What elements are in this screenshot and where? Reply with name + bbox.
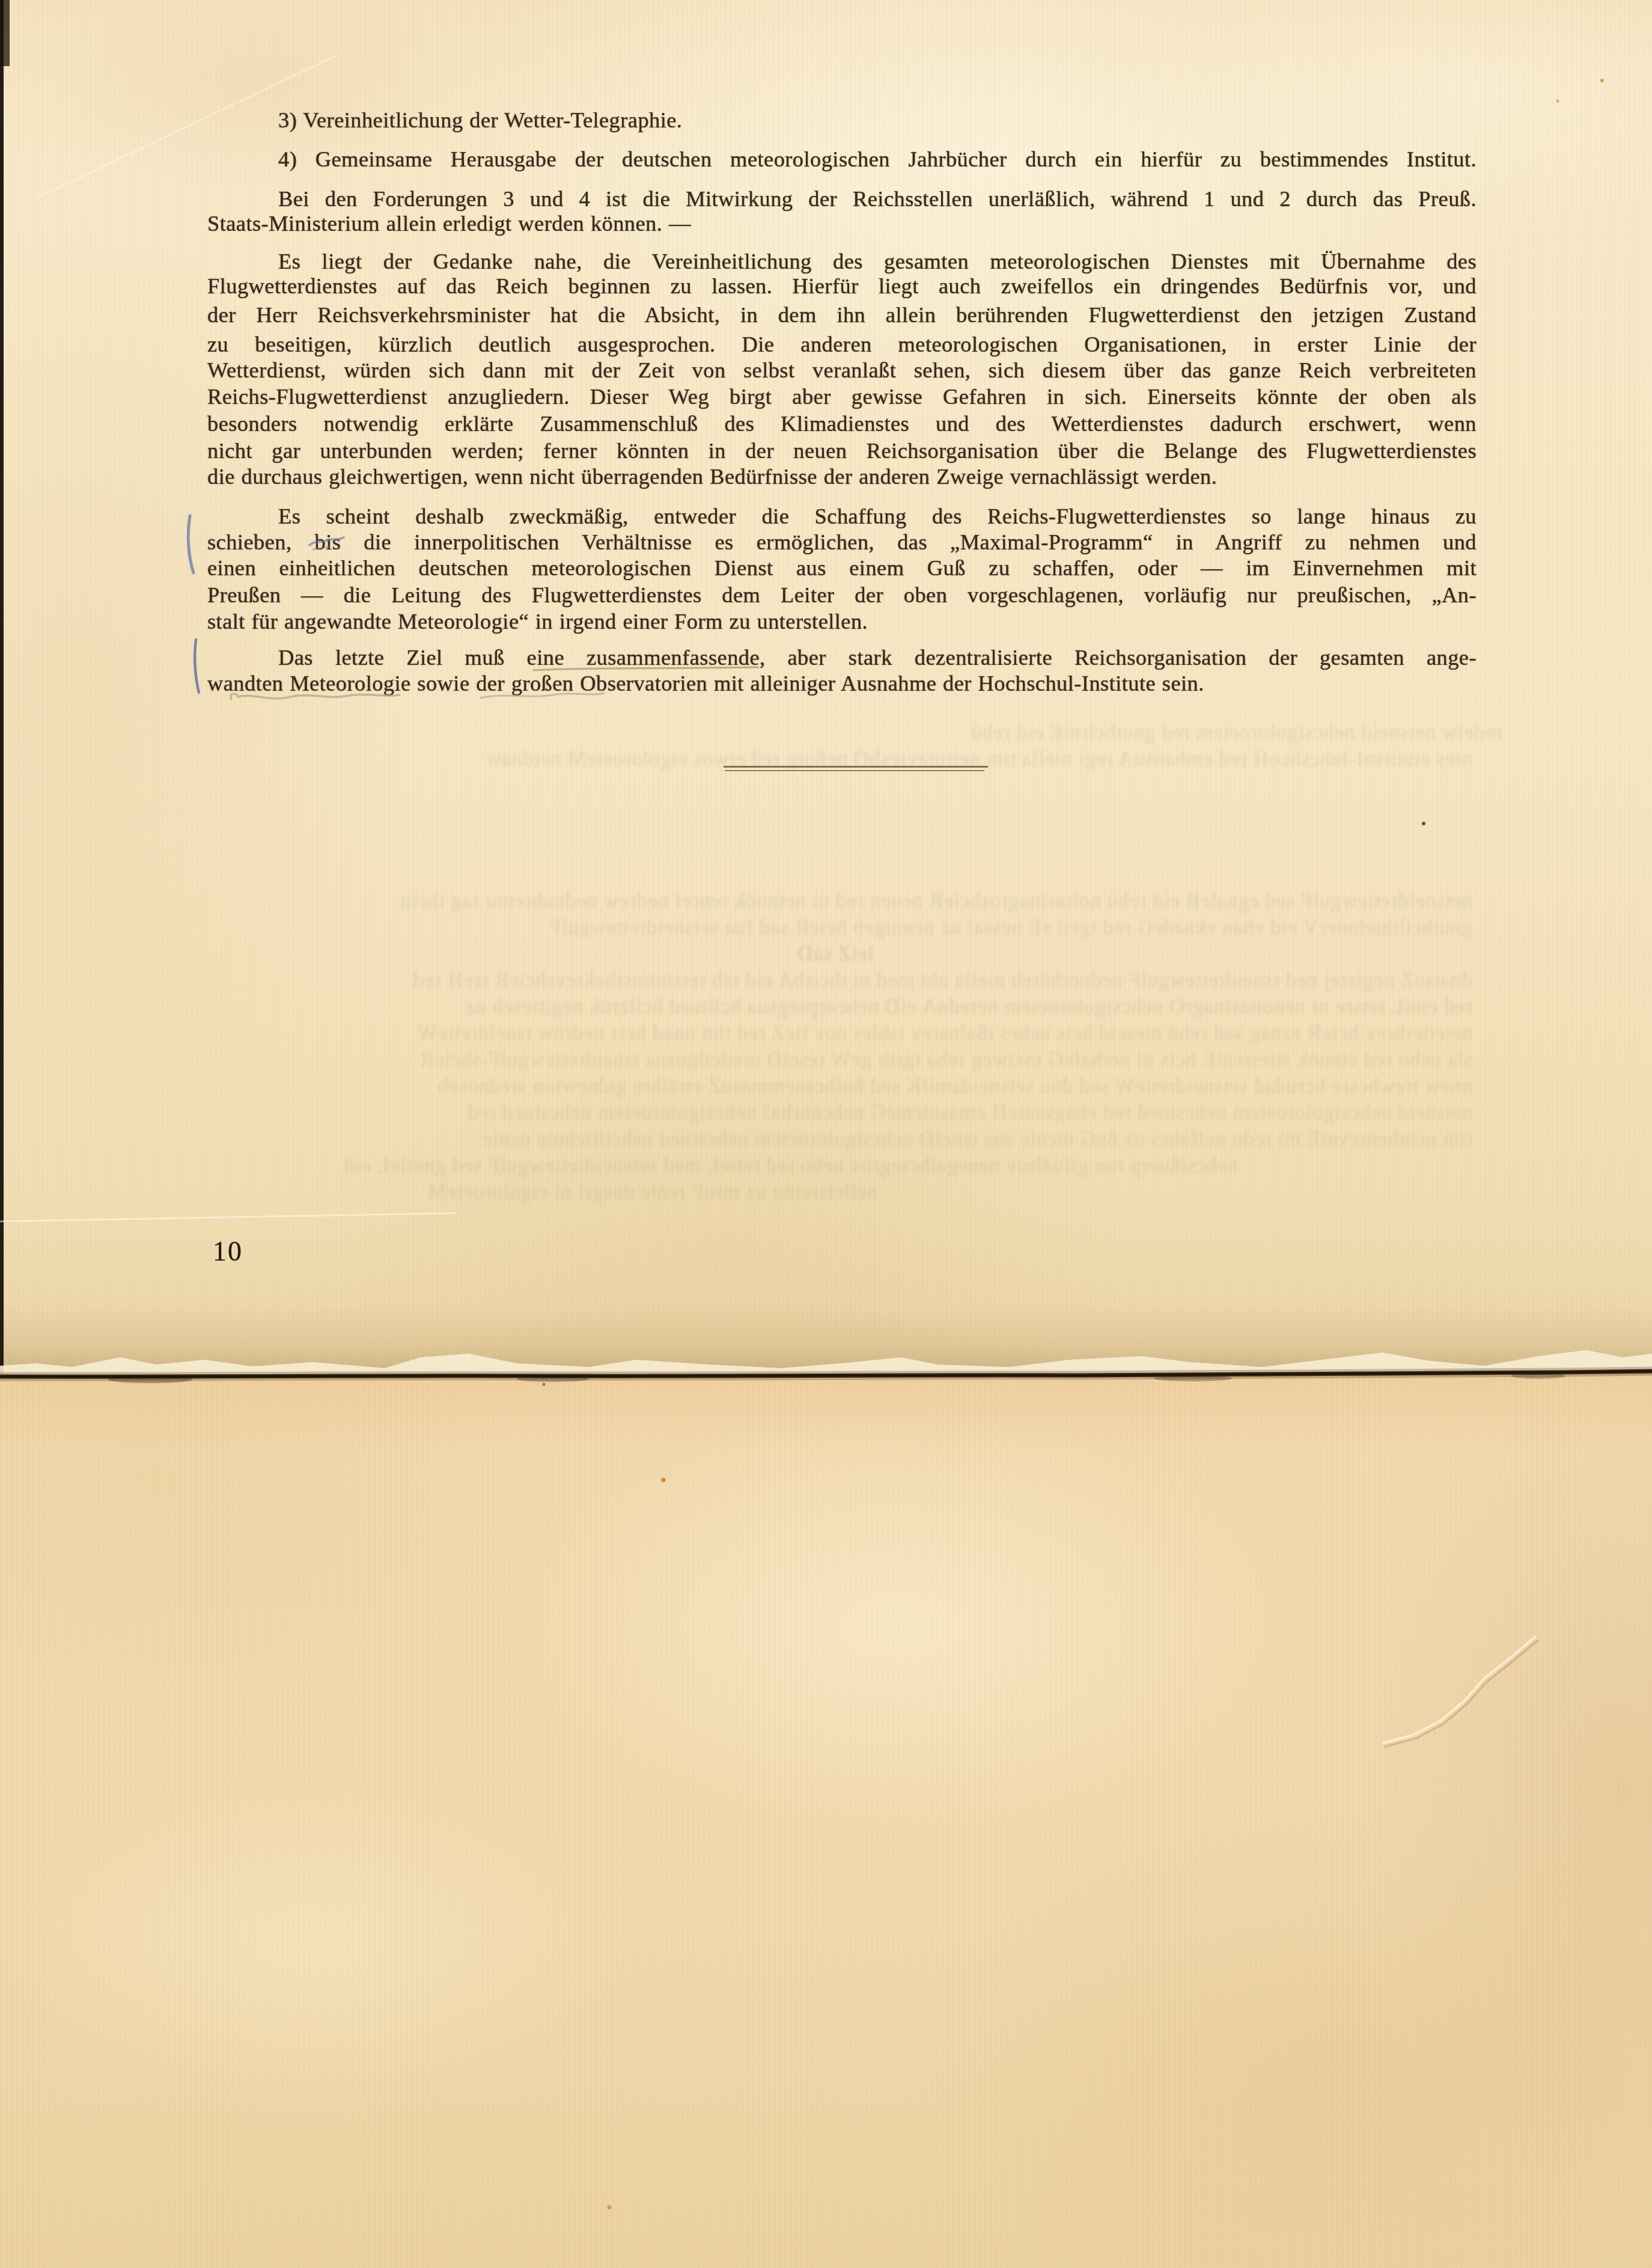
text-line: zu beseitigen, kürzlich deutlich ausgesp…	[207, 331, 1477, 358]
text-line: Preußen — die Leitung des Flugwetterdien…	[207, 582, 1477, 608]
paper-sheet-bottom	[0, 1374, 1652, 2268]
divider-rule-top	[724, 766, 988, 768]
text-line: besonders notwendig erklärte Zusammensch…	[207, 411, 1477, 437]
text-line: stalt für angewandte Meteorologie“ in ir…	[207, 608, 1477, 635]
text-line: Reichs-Flugwetterdienst anzugliedern. Di…	[207, 384, 1477, 410]
text-line: Das letzte Ziel muß eine zusammenfassend…	[207, 644, 1477, 671]
text-line: Staats-Ministerium allein erledigt werde…	[207, 210, 1477, 237]
scan-corner-shadow	[0, 0, 10, 66]
text-line: einen einheitlichen deutschen meteorolog…	[207, 555, 1477, 581]
text-line: Wetterdienst, würden sich dann mit der Z…	[207, 357, 1477, 384]
text-line: schieben, bis die innerpolitischen Verhä…	[207, 529, 1477, 555]
divider-rule-bottom	[725, 770, 984, 771]
paper-texture	[0, 1374, 1652, 2268]
scanned-document-page: 3) Vereinheitlichung der Wetter-Telegrap…	[0, 0, 1652, 2268]
torn-edge-shadow	[4, 1304, 1652, 1378]
text-line: nicht gar unterbunden werden; ferner kön…	[207, 438, 1477, 464]
text-line: Flugwetterdienstes auf das Reich beginne…	[207, 273, 1477, 299]
page-number: 10	[213, 1237, 243, 1266]
text-line: 3) Vereinheitlichung der Wetter-Telegrap…	[207, 107, 1477, 133]
text-line: Es scheint deshalb zweckmäßig, entweder …	[207, 503, 1477, 530]
text-line: 4) Gemeinsame Herausgabe der deutschen m…	[207, 146, 1477, 173]
text-line: Es liegt der Gedanke nahe, die Vereinhei…	[207, 248, 1477, 275]
text-line: der Herr Reichsverkehrsminister hat die …	[207, 302, 1477, 328]
text-line: die durchaus gleichwertigen, wenn nicht …	[207, 463, 1477, 490]
printed-text-block: 3) Vereinheitlichung der Wetter-Telegrap…	[207, 0, 1477, 781]
text-line: Bei den Forderungen 3 und 4 ist die Mitw…	[207, 186, 1477, 212]
text-line: wandten Meteorologie sowie der großen Ob…	[207, 670, 1477, 697]
